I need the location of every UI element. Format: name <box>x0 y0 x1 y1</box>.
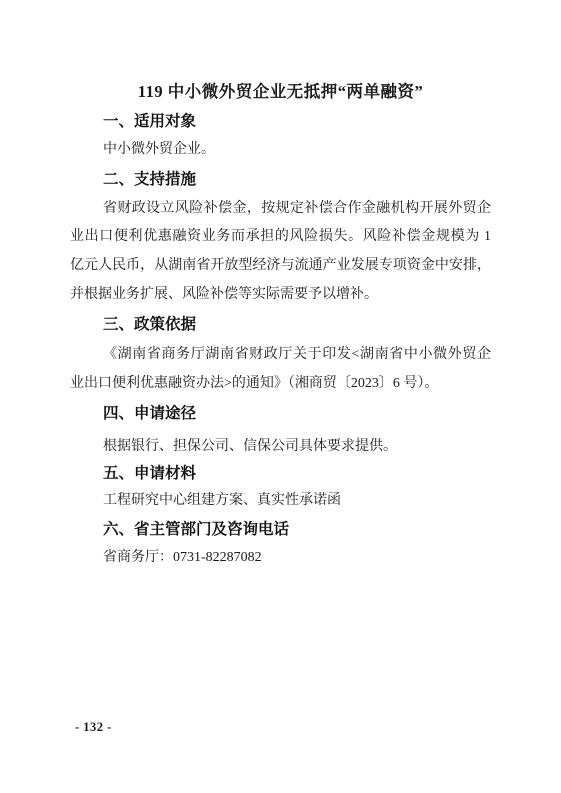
section-2-paragraph-line: 并根据业务扩展、风险补偿等实际需要予以增补。 <box>70 285 491 304</box>
section-heading-1: 一、适用对象 <box>70 112 491 132</box>
section-1-paragraph-line: 中小微外贸企业。 <box>70 140 491 159</box>
section-2-paragraph-line: 省财政设立风险补偿金，按规定补偿合作金融机构开展外贸企 <box>70 199 491 218</box>
section-heading-2: 二、支持措施 <box>70 170 491 190</box>
section-6-paragraph-line: 省商务厅：0731-82287082 <box>70 548 491 567</box>
section-heading-5: 五、申请材料 <box>70 464 491 484</box>
section-2-paragraph-line: 业出口便利优惠融资业务而承担的风险损失。风险补偿金规模为 1 <box>70 227 491 246</box>
section-heading-3: 三、政策依据 <box>70 315 491 335</box>
section-3-paragraph-line: 业出口便利优惠融资办法>的通知》（湘商贸〔2023〕6 号）。 <box>70 374 491 393</box>
document-page: 119 中小微外贸企业无抵押“两单融资” 一、适用对象 中小微外贸企业。 二、支… <box>0 0 561 793</box>
page-number: - 132 - <box>75 720 112 735</box>
section-heading-4: 四、申请途径 <box>70 404 491 424</box>
page-title: 119 中小微外贸企业无抵押“两单融资” <box>0 78 561 102</box>
section-3-paragraph-line: 《湖南省商务厅湖南省财政厅关于印发<湖南省中小微外贸企 <box>70 345 491 364</box>
section-2-paragraph-line: 亿元人民币，从湖南省开放型经济与流通产业发展专项资金中安排， <box>70 256 491 275</box>
section-heading-6: 六、省主管部门及咨询电话 <box>70 520 491 540</box>
section-4-paragraph-line: 根据银行、担保公司、信保公司具体要求提供。 <box>70 437 491 456</box>
section-5-paragraph-line: 工程研究中心组建方案、真实性承诺函 <box>70 491 491 510</box>
